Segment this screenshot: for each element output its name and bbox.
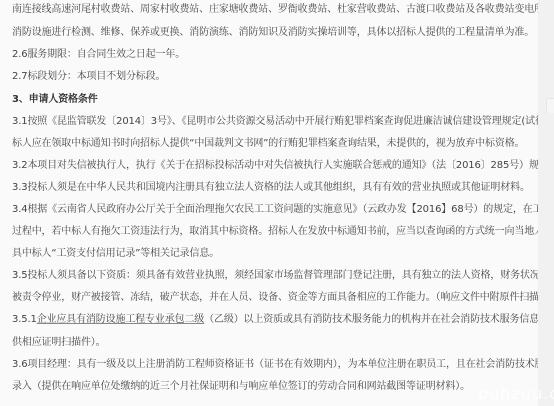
page: 南连接线高速河尾村收费站、周家村收费站、庄家塘收费站、罗衙收费站、杜家营收费站、… [0,0,554,406]
clause-3-4-cont: 具中标人“工资支付信用记录”等相关记录信息。 [12,248,219,260]
clause-3-5-1-cont: 供相应证明扫描件）。 [12,337,106,349]
section-heading: 3、申请人资格条件 [12,94,98,106]
document-body: 南连接线高速河尾村收费站、周家村收费站、庄家塘收费站、罗衙收费站、杜家营收费站、… [0,0,538,406]
clause-3-5: 3.5投标人须具备以下资质：须具备有效营业执照，须经国家市场监督管理部门登记注册… [12,270,554,282]
clause-3-2: 3.2本项目对失信被执行人，执行《关于在招标投标活动中对失信被执行人实施联合惩戒… [12,160,554,172]
paragraph-line: 南连接线高速河尾村收费站、周家村收费站、庄家塘收费站、罗衙收费站、杜家营收费站、… [12,4,554,16]
clause-3-6: 3.6项目经理：具有一级及以上注册消防工程师资格证书（证书在有效期内），为本单位… [12,359,554,371]
underlined-text: 企业应具有消防设施工程专业承包二级 [37,314,204,325]
clause-3-1: 3.1按照《昆监管联发〔2014〕3号》、《昆明市公共资源交易活动中开展行贿犯罪… [12,116,554,128]
lot-division: 2.7标段划分：本项目不划分标段。 [12,71,165,83]
clause-number: 3.5.1 [12,314,37,325]
clause-3-1-cont: 标人应在领取中标通知书时向招标人提供“中国裁判文书网”的行贿犯罪档案查询结果，未… [12,138,524,150]
paragraph-line: 消防设施进行检测、维修、保养或更换、消防演练、消防知识及消防实操培训等，具体以招… [12,27,534,39]
clause-3-4: 3.4根据《云南省人民政府办公厅关于全面治理拖欠农民工工资问题的实施意见》（云政… [12,204,554,216]
watermark: puhzuu.com [478,384,554,403]
clause-3-4-cont: 过程中，若中标人有拖欠工资违法行为，取消其中标资格。招标人在发放中标通知书前，应… [12,226,554,238]
clause-3-5-1: 3.5.1企业应具有消防设施工程专业承包二级（乙级）以上资质或具有消防技术服务能… [12,314,554,326]
service-period: 2.6服务期限：自合同生效之日起一年。 [12,49,185,61]
clause-text: （乙级）以上资质或具有消防技术服务能力的机构并在社会消防技术服务信息系统上录入（… [204,314,554,325]
scrollbar-track[interactable] [538,0,554,406]
clause-3-5-cont: 被责令停业，财产被接管、冻结，破产状态，并在人员、设备、资金等方面具备相应的工作… [12,292,554,304]
scrollbar-thumb[interactable] [546,98,554,113]
clause-3-3: 3.3投标人须是在中华人民共和国境内注册具有独立法人资格的法人或其他组织，具有有… [12,182,530,194]
clause-3-6-cont: 录入（提供在响应单位处缴纳的近三个月社保证明和与响应单位签订的劳动合同和网站截图… [12,381,470,393]
